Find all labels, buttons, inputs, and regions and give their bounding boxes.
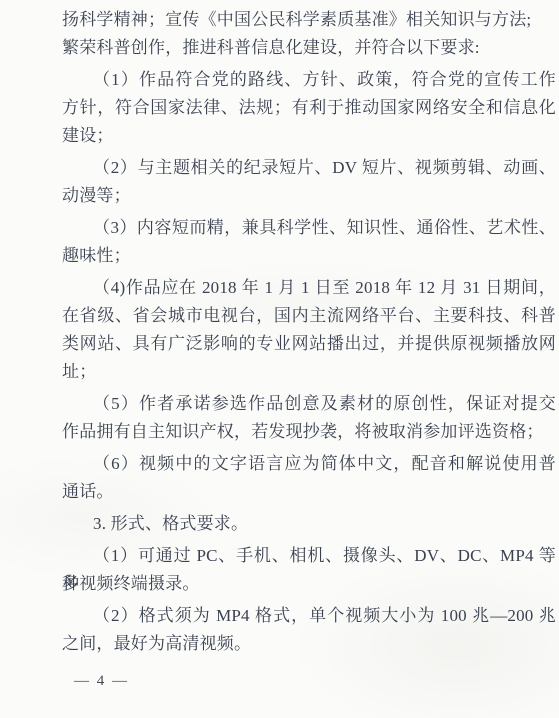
text-line: 种视频终端摄录。 (62, 570, 556, 598)
text-line: 之间，最好为高清视频。 (62, 630, 556, 658)
text-line: 繁荣科普创作，推进科普信息化建设，并符合以下要求: (62, 34, 556, 62)
text-line: 建设； (62, 122, 556, 150)
text-line: （1）可通过 PC、手机、相机、摄像头、DV、DC、MP4 等多 (62, 542, 556, 570)
text-line: （5）作者承诺参选作品创意及素材的原创性，保证对提交 (62, 390, 556, 418)
text-line: 方针，符合国家法律、法规；有利于推动国家网络安全和信息化 (62, 94, 556, 122)
text-line: （6）视频中的文字语言应为简体中文，配音和解说使用普 (62, 450, 556, 478)
text-line: （2）与主题相关的纪录短片、DV 短片、视频剪辑、动画、 (62, 154, 556, 182)
text-line: （4)作品应在 2018 年 1 月 1 日至 2018 年 12 月 31 日… (62, 274, 556, 302)
text-line: （1）作品符合党的路线、方针、政策，符合党的宣传工作 (62, 66, 556, 94)
text-line: 在省级、省会城市电视台，国内主流网络平台、主要科技、科普 (62, 302, 556, 330)
text-line: （3）内容短而精，兼具科学性、知识性、通俗性、艺术性、 (62, 214, 556, 242)
text-line: 扬科学精神；宣传《中国公民科学素质基准》相关知识与方法; (62, 6, 556, 34)
text-line: 作品拥有自主知识产权，若发现抄袭，将被取消参加评选资格； (62, 418, 556, 446)
text-line: 3. 形式、格式要求。 (62, 510, 556, 538)
text-line: （2）格式须为 MP4 格式，单个视频大小为 100 兆—200 兆 (62, 602, 556, 630)
page-number: — 4 — (74, 672, 129, 690)
text-line: 趣味性； (62, 242, 556, 270)
text-line: 动漫等； (62, 182, 556, 210)
text-line: 类网站、具有广泛影响的专业网站播出过，并提供原视频播放网 (62, 330, 556, 358)
text-line: 通话。 (62, 478, 556, 506)
document-page: 扬科学精神；宣传《中国公民科学素质基准》相关知识与方法;繁荣科普创作，推进科普信… (0, 0, 559, 718)
document-body: 扬科学精神；宣传《中国公民科学素质基准》相关知识与方法;繁荣科普创作，推进科普信… (62, 6, 556, 658)
text-line: 址； (62, 358, 556, 386)
